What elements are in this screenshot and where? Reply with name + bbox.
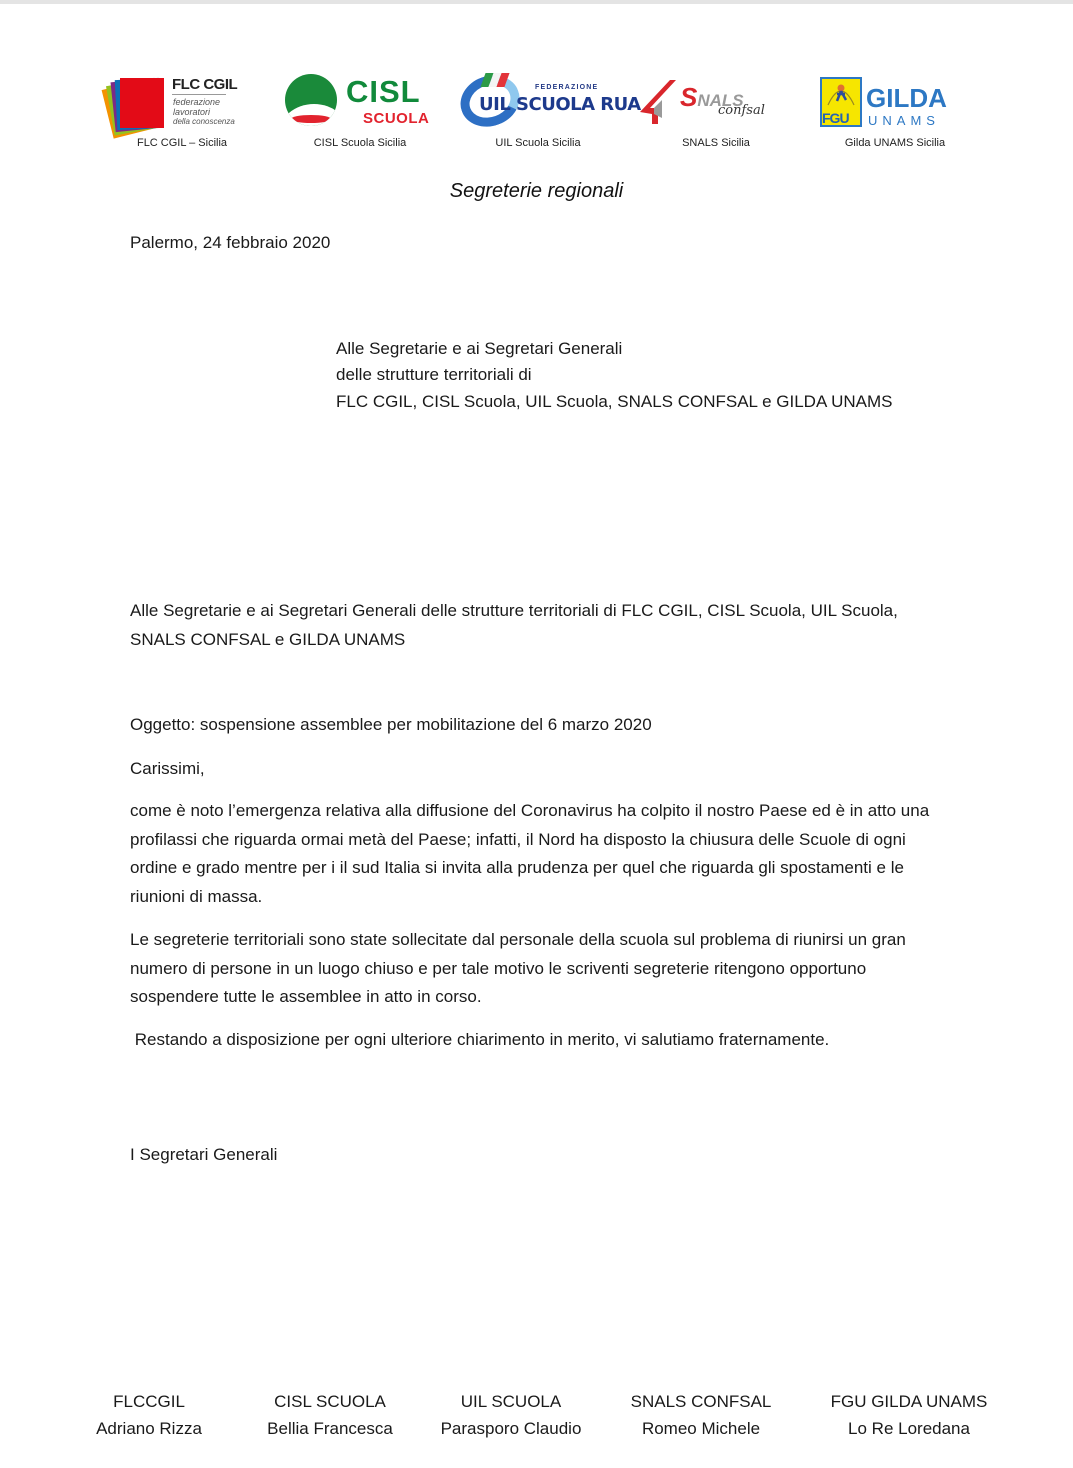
signature-uil: UIL SCUOLA Parasporo Claudio bbox=[441, 1388, 582, 1442]
cisl-logo-subtitle: SCUOLA bbox=[363, 110, 429, 127]
place-date: Palermo, 24 febbraio 2020 bbox=[130, 229, 330, 258]
gilda-logo-subtitle: UNAMS bbox=[868, 113, 940, 128]
letterhead-title: Segreterie regionali bbox=[0, 180, 1073, 203]
signature-org: FLCCGIL bbox=[96, 1388, 202, 1415]
signature-org: UIL SCUOLA bbox=[441, 1388, 582, 1415]
signature-name: Romeo Michele bbox=[631, 1415, 772, 1442]
snals-arrow-icon bbox=[640, 78, 684, 126]
signature-name: Parasporo Claudio bbox=[441, 1415, 582, 1442]
recipient-line: delle strutture territoriali di bbox=[336, 362, 532, 388]
flc-logo-caption: FLC CGIL – Sicilia bbox=[137, 137, 227, 149]
gilda-badge: FGU bbox=[822, 110, 849, 126]
signature-org: FGU GILDA UNAMS bbox=[831, 1388, 988, 1415]
signature-name: Bellia Francesca bbox=[267, 1415, 393, 1442]
body-paragraph: Le segreterie territoriali sono state so… bbox=[130, 926, 950, 1012]
flc-logo-subtitle: lavoratori bbox=[173, 107, 210, 117]
closing: I Segretari Generali bbox=[130, 1141, 277, 1170]
signature-org: CISL SCUOLA bbox=[267, 1388, 393, 1415]
signature-name: Adriano Rizza bbox=[96, 1415, 202, 1442]
salutation: Carissimi, bbox=[130, 755, 205, 784]
body-paragraph: come è noto l’emergenza relativa alla di… bbox=[130, 797, 950, 911]
signature-gilda: FGU GILDA UNAMS Lo Re Loredana bbox=[831, 1388, 988, 1442]
flc-logo-rule bbox=[172, 94, 226, 95]
uil-logo-caption: UIL Scuola Sicilia bbox=[495, 137, 580, 149]
flc-logo-title: FLC CGIL bbox=[172, 76, 237, 93]
recipient-line: Alle Segretarie e ai Segretari Generali bbox=[336, 336, 622, 362]
uil-logo-subtitle: FEDERAZIONE bbox=[535, 84, 598, 91]
recipient-inline: Alle Segretarie e ai Segretari Generali … bbox=[130, 597, 950, 654]
cisl-emblem-icon bbox=[285, 74, 337, 126]
snals-logo-subtitle: confsal bbox=[718, 103, 765, 118]
flc-logo-subtitle: federazione bbox=[173, 97, 220, 107]
signature-cisl: CISL SCUOLA Bellia Francesca bbox=[267, 1388, 393, 1442]
flc-sheets-icon bbox=[107, 78, 165, 130]
recipient-line: FLC CGIL, CISL Scuola, UIL Scuola, SNALS… bbox=[336, 389, 892, 415]
uil-logo-title: UIL SCUOLA RUA bbox=[479, 94, 641, 115]
signature-snals: SNALS CONFSAL Romeo Michele bbox=[631, 1388, 772, 1442]
signature-org: SNALS CONFSAL bbox=[631, 1388, 772, 1415]
body-paragraph: Restando a disposizione per ogni ulterio… bbox=[130, 1026, 830, 1055]
signature-flc: FLCCGIL Adriano Rizza bbox=[96, 1388, 202, 1442]
signature-name: Lo Re Loredana bbox=[831, 1415, 988, 1442]
flc-logo-subtitle: della conoscenza bbox=[173, 117, 235, 127]
gilda-logo-title: GILDA bbox=[866, 85, 947, 111]
gilda-logo-caption: Gilda UNAMS Sicilia bbox=[845, 137, 945, 149]
cisl-logo-title: CISL bbox=[346, 76, 421, 108]
top-edge-bar bbox=[0, 0, 1073, 4]
subject-line: Oggetto: sospensione assemblee per mobil… bbox=[130, 711, 652, 740]
cisl-logo-caption: CISL Scuola Sicilia bbox=[314, 137, 407, 149]
snals-logo-caption: SNALS Sicilia bbox=[682, 137, 750, 149]
